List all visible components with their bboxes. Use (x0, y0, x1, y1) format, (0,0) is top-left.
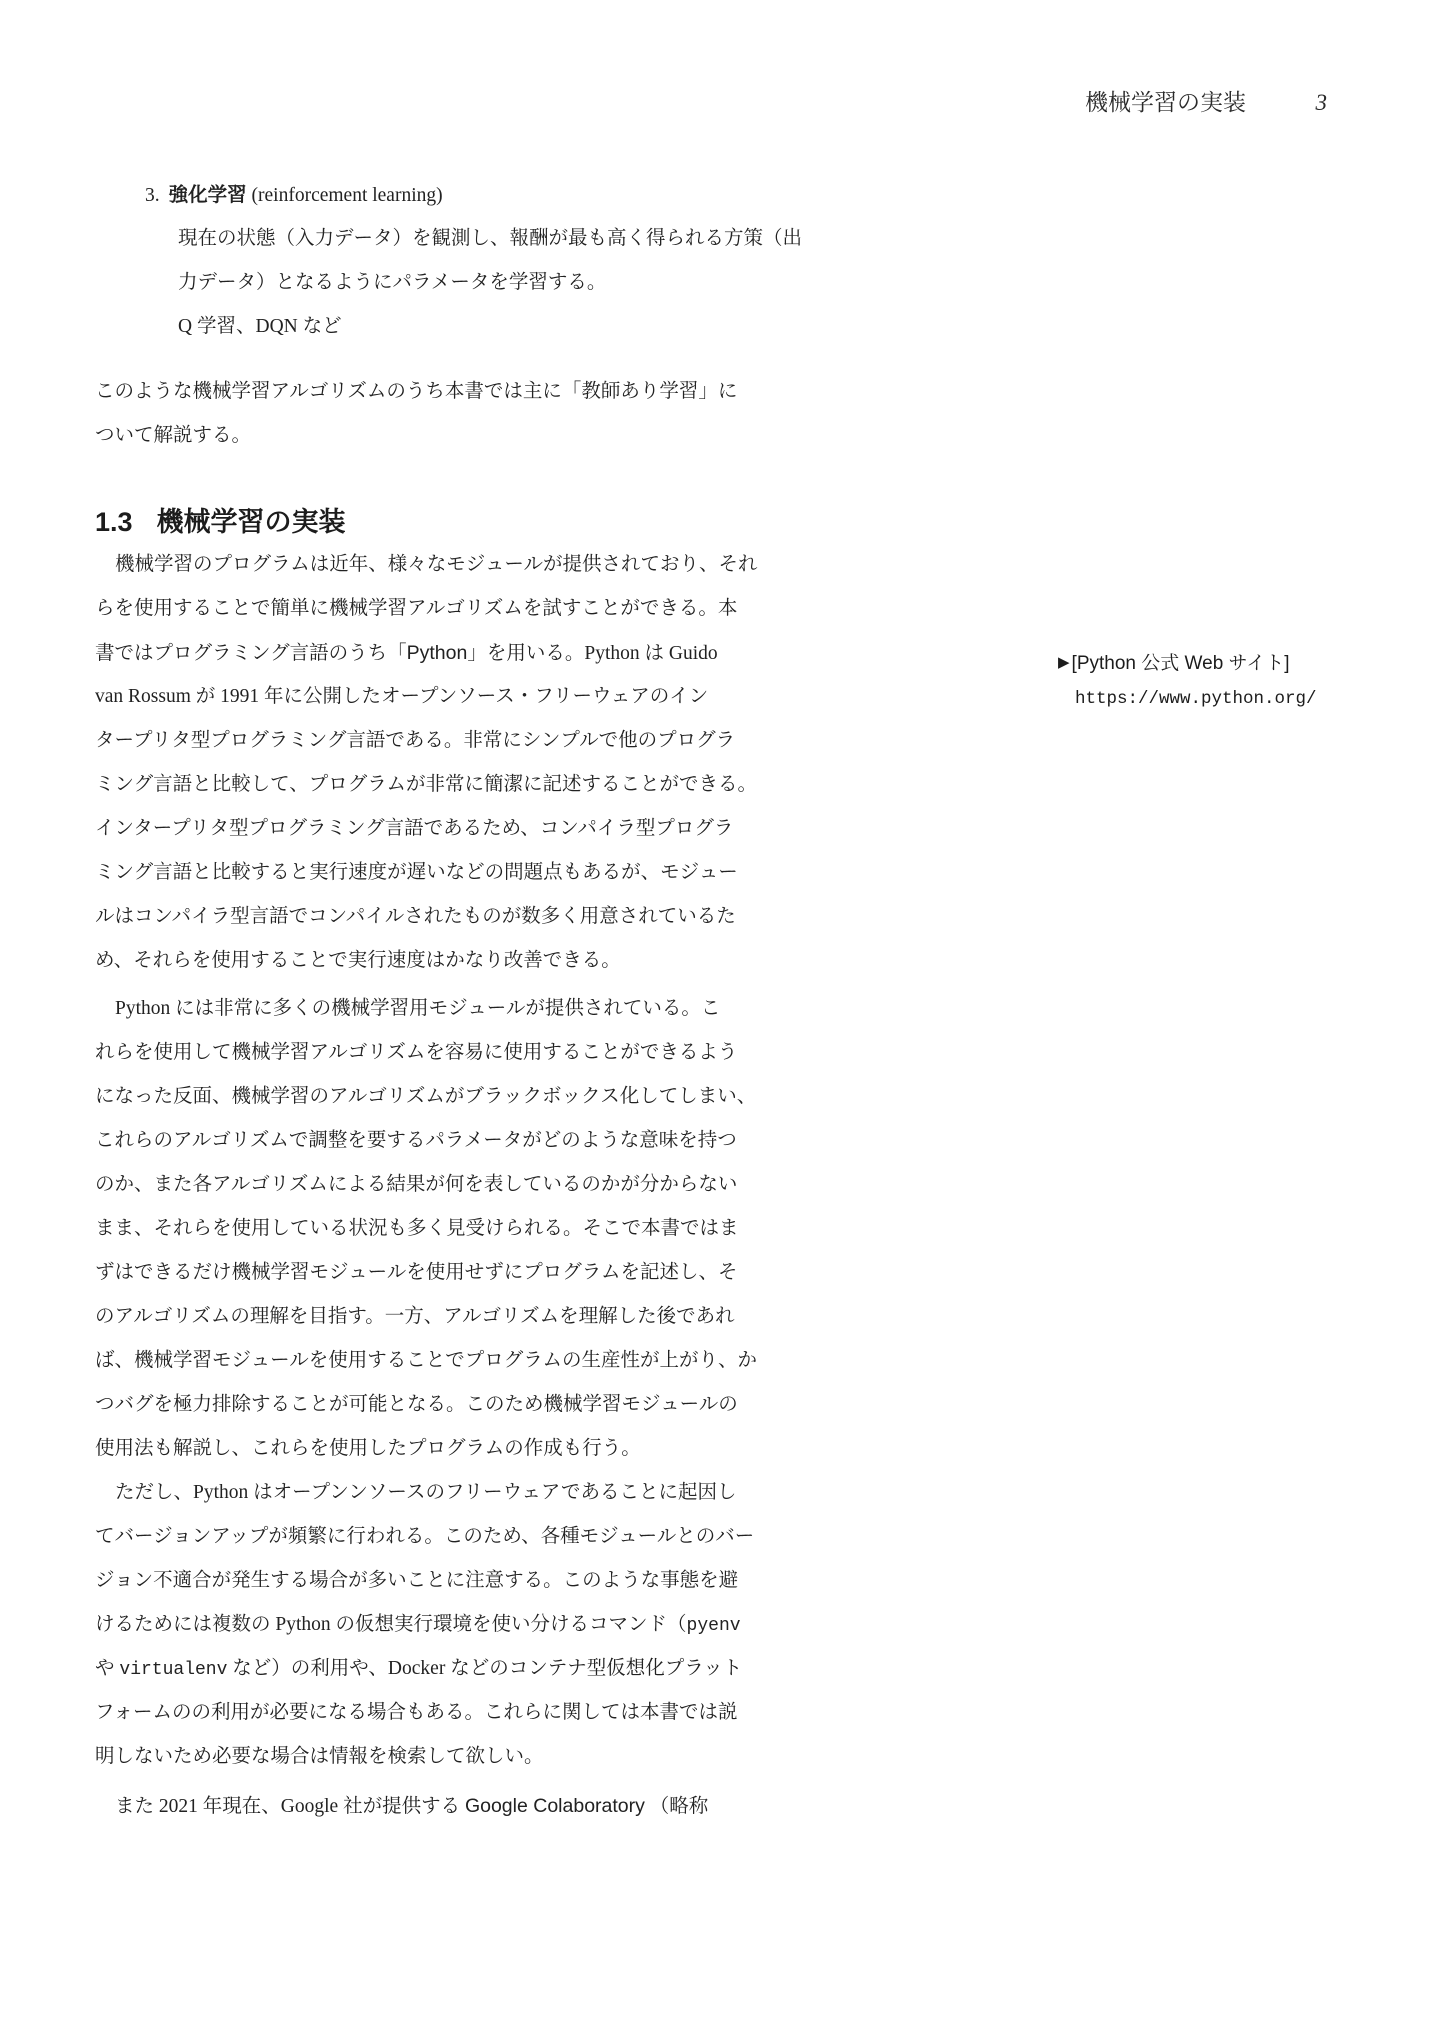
text-segment: などのコンテナ型仮想化プラット (445, 1658, 742, 1679)
text-line: 明しないため必要な場合は情報を検索して欲しい。 (95, 1735, 795, 1779)
text-line: つバグを極力排除することが可能となる。このため機械学習モジュールの (95, 1383, 795, 1427)
text-segment: の仮想実行環境を使い分けるコマンド（ (331, 1614, 687, 1635)
text-segment: 力データ）となるようにパラメータを学習する。 (178, 272, 606, 293)
text-line: のか、また各アルゴリズムによる結果が何を表しているのかが分からない (95, 1163, 795, 1207)
text-segment: れらを使用して機械学習アルゴリズムを容易に使用することができるよう (95, 1042, 737, 1063)
text-segment: このような機械学習アルゴリズムのうち本書では主に「教師あり学習」に (95, 381, 737, 402)
text-segment: 3. (145, 185, 160, 206)
page-number: 3 (1316, 90, 1328, 116)
text-line: ば、機械学習モジュールを使用することでプログラムの生産性が上がり、か (95, 1339, 795, 1383)
text-line: Q 学習、DQN など (145, 305, 865, 349)
text-line: これらのアルゴリズムで調整を要するパラメータがどのような意味を持つ (95, 1119, 795, 1163)
text-segment: 現在の状態（入力データ）を観測し、報酬が最も高く得られる方策（出 (178, 228, 802, 249)
text-line: また 2021 年現在、Google 社が提供する Google Colabor… (95, 1784, 795, 1828)
text-line: になった反面、機械学習のアルゴリズムがブラックボックス化してしまい、 (95, 1075, 795, 1119)
text-segment: インタープリタ型プログラミング言語であるため、コンパイラ型プログラ (95, 818, 733, 839)
section-title: 機械学習の実装 (157, 507, 346, 537)
text-segment: 年に公開したオープンソース・フリーウェアのイン (259, 686, 708, 707)
text-line: のアルゴリズムの理解を目指す。一方、アルゴリズムを理解した後であれ (95, 1295, 795, 1339)
text-line: や virtualenv など）の利用や、Docker などのコンテナ型仮想化プ… (95, 1647, 795, 1691)
text-segment: virtualenv (119, 1660, 227, 1680)
text-segment: のアルゴリズムの理解を目指す。一方、アルゴリズムを理解した後であれ (95, 1306, 735, 1327)
text-line: フォームのの利用が必要になる場合もある。これらに関しては本書では説 (95, 1691, 795, 1735)
text-line: ただし、Python はオープンンソースのフリーウェアであることに起因し (95, 1471, 795, 1515)
text-line: タープリタ型プログラミング言語である。非常にシンプルで他のプログラ (95, 719, 795, 763)
text-line: 機械学習のプログラムは近年、様々なモジュールが提供されており、それ (95, 543, 795, 587)
text-segment: Docker (388, 1658, 445, 1679)
sidenote-label: [Python 公式 Web サイト] (1072, 653, 1290, 674)
text-segment: には非常に多くの機械学習用モジュールが提供されている。こ (170, 998, 720, 1019)
paragraph-google-colaboratory: また 2021 年現在、Google 社が提供する Google Colabor… (95, 1784, 795, 1828)
text-segment: らを使用することで簡単に機械学習アルゴリズムを試すことができる。本 (95, 598, 737, 619)
text-line: 3.強化学習 (reinforcement learning) (145, 173, 865, 217)
text-segment: また (115, 1796, 159, 1817)
text-segment: Google (281, 1796, 338, 1817)
text-segment: や (95, 1658, 119, 1679)
text-segment: 1991 (220, 686, 259, 707)
text-segment: （略称 (645, 1796, 708, 1817)
text-segment: Python (584, 643, 639, 664)
text-segment: のか、また各アルゴリズムによる結果が何を表しているのかが分からない (95, 1174, 737, 1195)
text-segment: はオープンンソースのフリーウェアであることに起因し (248, 1482, 736, 1503)
text-line: インタープリタ型プログラミング言語であるため、コンパイラ型プログラ (95, 807, 795, 851)
text-segment: 機械学習のプログラムは近年、様々なモジュールが提供されており、それ (115, 554, 758, 575)
text-segment: は (640, 643, 669, 664)
text-line: ずはできるだけ機械学習モジュールを使用せずにプログラムを記述し、そ (95, 1251, 795, 1295)
text-segment: ば、機械学習モジュールを使用することでプログラムの生産性が上がり、か (95, 1350, 757, 1371)
text-segment: タープリタ型プログラミング言語である。非常にシンプルで他のプログラ (95, 730, 735, 751)
text-segment: 年現在、 (198, 1796, 281, 1817)
text-segment: フォームのの利用が必要になる場合もある。これらに関しては本書では説 (95, 1702, 738, 1723)
section-number: 1.3 (95, 507, 133, 537)
text-segment: 使用法も解説し、これらを使用したプログラムの作成も行う。 (95, 1438, 641, 1459)
text-segment: 社が提供する (338, 1796, 465, 1817)
text-line: 現在の状態（入力データ）を観測し、報酬が最も高く得られる方策（出 (145, 217, 865, 261)
triangle-marker-icon: ▶ (1058, 653, 1070, 671)
text-line: め、それらを使用することで実行速度はかなり改善できる。 (95, 939, 795, 983)
text-segment: ただし、 (115, 1482, 193, 1503)
running-head-title: 機械学習の実装 (1085, 84, 1246, 117)
text-segment: Guido (669, 643, 718, 664)
text-line: ミング言語と比較すると実行速度が遅いなどの問題点もあるが、モジュー (95, 851, 795, 895)
text-line: 書ではプログラミング言語のうち「Python」を用いる。Python は Gui… (95, 631, 795, 675)
text-segment: になった反面、機械学習のアルゴリズムがブラックボックス化してしまい、 (95, 1086, 756, 1107)
text-segment: (reinforcement learning) (247, 185, 443, 206)
text-segment: Google Colaboratory (465, 1795, 645, 1817)
text-segment: など）の利用や、 (227, 1658, 388, 1679)
text-segment: Q (178, 316, 197, 337)
text-line: Python には非常に多くの機械学習用モジュールが提供されている。こ (95, 987, 795, 1031)
text-segment: van Rossum (95, 686, 191, 707)
text-segment: 学習、 (197, 316, 256, 337)
text-line: van Rossum が 1991 年に公開したオープンソース・フリーウェアのイ… (95, 675, 795, 719)
intro-paragraph: このような機械学習アルゴリズムのうち本書では主に「教師あり学習」について解説する… (95, 370, 795, 458)
text-line: 力データ）となるようにパラメータを学習する。 (145, 261, 865, 305)
sidenote-url: https://www.python.org/ (1058, 682, 1398, 716)
text-segment: 」を用いる。 (467, 643, 584, 664)
text-segment: ルはコンパイラ型言語でコンパイルされたものが数多く用意されているた (95, 906, 736, 927)
sidenote-python-website: ▶[Python 公式 Web サイト] https://www.python.… (1058, 646, 1398, 716)
text-line: けるためには複数の Python の仮想実行環境を使い分けるコマンド（pyenv (95, 1603, 795, 1647)
paragraph-ml-modules: Python には非常に多くの機械学習用モジュールが提供されている。これらを使用… (95, 987, 795, 1471)
text-segment: ミング言語と比較して、プログラムが非常に簡潔に記述することができる。 (95, 774, 757, 795)
text-segment: 明しないため必要な場合は情報を検索して欲しい。 (95, 1746, 544, 1767)
text-line: まま、それらを使用している状況も多く見受けられる。そこで本書ではま (95, 1207, 795, 1251)
text-segment: DQN (255, 316, 302, 337)
text-line: ルはコンパイラ型言語でコンパイルされたものが数多く用意されているた (95, 895, 795, 939)
text-segment: つバグを極力排除することが可能となる。このため機械学習モジュールの (95, 1394, 738, 1415)
text-segment: ジョン不適合が発生する場合が多いことに注意する。このような事態を避 (95, 1570, 738, 1591)
text-line: ジョン不適合が発生する場合が多いことに注意する。このような事態を避 (95, 1559, 795, 1603)
text-segment: 2021 (159, 1796, 198, 1817)
text-line: 使用法も解説し、これらを使用したプログラムの作成も行う。 (95, 1427, 795, 1471)
text-segment: Python (407, 642, 468, 664)
section-heading: 1.3機械学習の実装 (95, 503, 346, 541)
list-item-reinforcement-learning: 3.強化学習 (reinforcement learning)現在の状態（入力デ… (145, 173, 865, 349)
text-segment: め、それらを使用することで実行速度はかなり改善できる。 (95, 950, 621, 971)
text-segment: 強化学習 (169, 184, 247, 206)
text-line: ミング言語と比較して、プログラムが非常に簡潔に記述することができる。 (95, 763, 795, 807)
page-header: 機械学習の実装 3 (1085, 84, 1327, 117)
text-line: ついて解説する。 (95, 414, 795, 458)
text-segment: pyenv (687, 1616, 741, 1636)
text-segment: が (191, 686, 220, 707)
paragraph-version-compatibility: ただし、Python はオープンンソースのフリーウェアであることに起因してバージ… (95, 1471, 795, 1779)
text-line: らを使用することで簡単に機械学習アルゴリズムを試すことができる。本 (95, 587, 795, 631)
text-segment: てバージョンアップが頻繁に行われる。このため、各種モジュールとのバー (95, 1526, 754, 1547)
text-segment: ついて解説する。 (95, 425, 251, 446)
book-page: 機械学習の実装 3 3.強化学習 (reinforcement learning… (0, 0, 1433, 2024)
text-segment: ミング言語と比較すると実行速度が遅いなどの問題点もあるが、モジュー (95, 862, 738, 883)
text-segment: Python (115, 998, 170, 1019)
text-segment: など (303, 316, 342, 337)
text-segment: 書ではプログラミング言語のうち「 (95, 643, 407, 664)
text-segment: これらのアルゴリズムで調整を要するパラメータがどのような意味を持つ (95, 1130, 737, 1151)
paragraph-python-introduction: 機械学習のプログラムは近年、様々なモジュールが提供されており、それらを使用するこ… (95, 543, 795, 983)
text-segment: まま、それらを使用している状況も多く見受けられる。そこで本書ではま (95, 1218, 739, 1239)
text-segment: ずはできるだけ機械学習モジュールを使用せずにプログラムを記述し、そ (95, 1262, 738, 1283)
text-segment: けるためには複数の (95, 1614, 275, 1635)
text-segment: Python (193, 1482, 248, 1503)
text-line: れらを使用して機械学習アルゴリズムを容易に使用することができるよう (95, 1031, 795, 1075)
text-line: このような機械学習アルゴリズムのうち本書では主に「教師あり学習」に (95, 370, 795, 414)
sidenote-label-line: ▶[Python 公式 Web サイト] (1058, 646, 1398, 682)
text-line: てバージョンアップが頻繁に行われる。このため、各種モジュールとのバー (95, 1515, 795, 1559)
text-segment: Python (275, 1614, 330, 1635)
